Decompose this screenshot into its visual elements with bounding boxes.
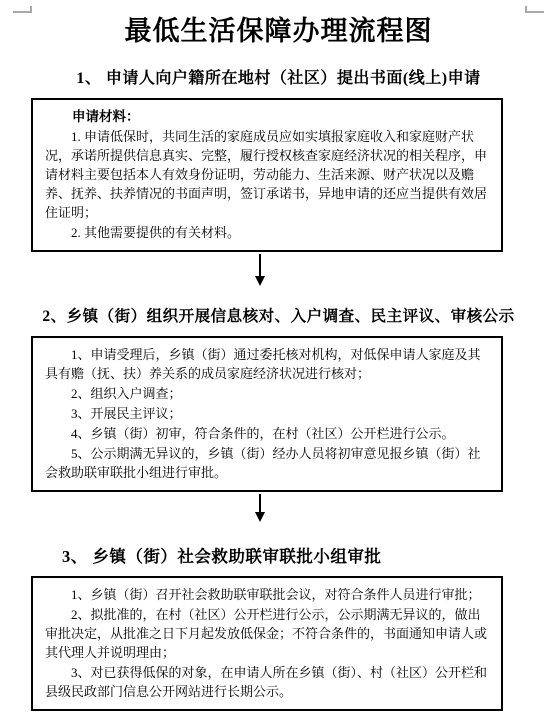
step-1-heading: 1、 申请人向户籍所在地村（社区）提出书面(线上)申请 bbox=[0, 68, 557, 89]
step-1-box: 申请材料： 1. 申请低保时，共同生活的家庭成员应如实填报家庭收入和家庭财产状况… bbox=[31, 98, 503, 252]
margin-corner-mark-left-tick bbox=[30, 6, 32, 13]
step-2-paragraph: 3、开展民主评议； bbox=[45, 404, 489, 423]
flow-arrow-1 bbox=[0, 253, 557, 287]
step-2-paragraph: 4、乡镇（街）初审，符合条件的，在村（社区）公开栏进行公示。 bbox=[45, 424, 489, 443]
step-3-box: 1、乡镇（街）召开社会救助联审联批会议，对符合条件人员进行审批； 2、拟批准的，… bbox=[31, 576, 503, 711]
down-arrow-icon bbox=[254, 493, 266, 523]
step-3-paragraph: 1、乡镇（街）召开社会救助联审联批会议，对符合条件人员进行审批； bbox=[45, 585, 489, 604]
step-1-paragraph: 1. 申请低保时，共同生活的家庭成员应如实填报家庭收入和家庭财产状况，承诺所提供… bbox=[45, 127, 489, 222]
step-2-paragraph: 2、组织入户调查； bbox=[45, 384, 489, 403]
step-2-paragraph: 5、公示期满无异议的，乡镇（街）经办人员将初审意见报乡镇（街）社会救助联审联批小… bbox=[45, 444, 489, 482]
step-1-paragraph: 2. 其他需要提供的有关材料。 bbox=[45, 223, 489, 242]
down-arrow-icon bbox=[254, 253, 266, 287]
flow-arrow-2 bbox=[0, 493, 557, 527]
margin-corner-mark-right bbox=[525, 11, 544, 13]
margin-corner-mark-right-tick bbox=[525, 6, 527, 13]
step-2-paragraph: 1、申请受理后，乡镇（街）通过委托核对机构，对低保申请人家庭及其具有赡（抚、扶）… bbox=[45, 345, 489, 383]
step-2-heading: 2、乡镇（街）组织开展信息核对、入户调查、民主评议、审核公示 bbox=[0, 306, 557, 327]
step-3-paragraph: 2、拟批准的，在村（社区）公开栏进行公示，公示期满无异议的，做出审批决定，从批准… bbox=[45, 605, 489, 662]
step-1-box-label: 申请材料： bbox=[45, 107, 489, 126]
step-3-heading: 3、 乡镇（街）社会救助联审联批小组审批 bbox=[0, 546, 557, 567]
document-page: { "colors": { "background": "#ffffff", "… bbox=[0, 0, 557, 715]
step-2-box: 1、申请受理后，乡镇（街）通过委托核对机构，对低保申请人家庭及其具有赡（抚、扶）… bbox=[31, 336, 503, 492]
page-title: 最低生活保障办理流程图 bbox=[0, 0, 557, 49]
step-3-paragraph: 3、对已获得低保的对象，在申请人所在乡镇（街）、村（社区）公开栏和县级民政部门信… bbox=[45, 663, 489, 701]
